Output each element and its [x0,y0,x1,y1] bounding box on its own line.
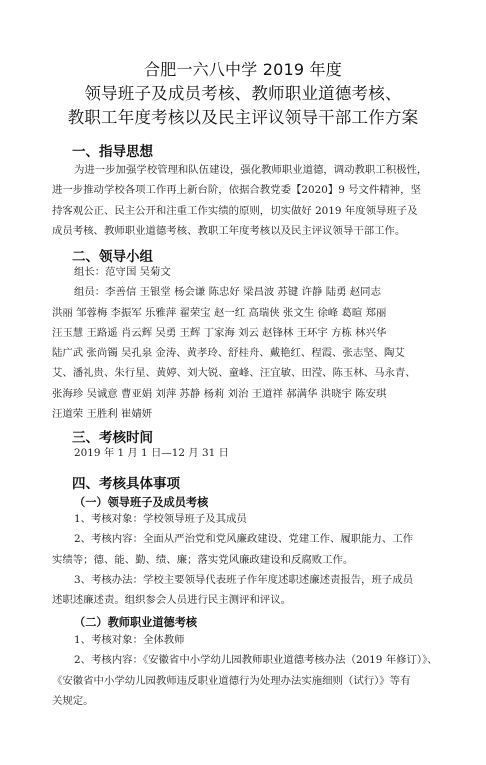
section-1-line-1: 为进一步加强学校管理和队伍建设，强化教师职业道德，调动教职工积极性， [74,160,427,180]
title-line-1: 合肥一六八中学 2019 年度 [0,58,486,82]
sub1-item-2-line-2: 实绩等；德、能、勤、绩、廉；落实党风廉政建设和反腐败工作。 [52,550,353,570]
title-line-3: 教职工年度考核以及民主评议领导干部工作方案 [0,106,486,130]
members-line-1: 组员：李善信 王银堂 杨会谦 陈忠好 梁昌波 苏键 许静 陆勇 赵同志 [74,282,381,302]
assessment-period: 2019 年 1 月 1 日—12 月 31 日 [74,443,229,463]
section-4-heading: 四、考核具体事项 [72,472,180,492]
sub1-item-2-cont: 实绩等；德、能、勤、绩、廉；落实党风廉政建设和反腐败工作。 [52,550,353,570]
section-1-line-2: 进一步推动学校各项工作再上新台阶，依据合教党委【2020】9 号文件精神，坚 [52,180,421,200]
section-1-line-3: 持客观公正、民主公开和注重工作实绩的原则，切实做好 2019 年度领导班子及 [52,201,421,221]
members-line-7: 汪道荣 王胜利 崔婧妍 [52,404,416,424]
document-page: 合肥一六八中学 2019 年度 领导班子及成员考核、教师职业道德考核、 教职工年… [0,0,486,765]
sub1-item-3-cont: 述职述廉述责。组织参会人员进行民主测评和评议。 [52,590,291,610]
sub1-item-3: 3、考核办法：学校主要领导代表班子作年度述职述廉述责报告，班子成员 [74,570,413,590]
members-line-5: 艾、潘礼贵、朱行星、黄婷、刘大锐、童峰、汪宜敏、田滢、陈玉林、马永青、 [52,363,416,383]
document-title: 合肥一六八中学 2019 年度 领导班子及成员考核、教师职业道德考核、 教职工年… [0,58,486,130]
title-line-2: 领导班子及成员考核、教师职业道德考核、 [0,82,486,106]
group-leaders: 组长：范守国 吴菊文 [74,262,381,282]
section-1-line-4: 成员考核、教师职业道德考核、教职工年度考核以及民主评议领导干部工作。 [52,221,421,241]
section-1-body-cont: 进一步推动学校各项工作再上新台阶，依据合教党委【2020】9 号文件精神，坚 持… [52,180,421,241]
members-line-4: 陆广武 张尚镯 吴孔泉 金涛、黄孝玲、舒桂舟、戴艳红、程霞、张志坚、陶艾 [52,343,416,363]
sub1-item-1: 1、考核对象：学校领导班子及其成员 [74,509,413,529]
members-line-3: 汪玉慧 王路遥 肖云辉 吴勇 王辉 丁家海 刘云 赵锋林 王环宇 方栋 林兴华 [52,323,416,343]
sub2-item-2-line-1: 2、考核内容：《安徽省中小学幼儿园教师职业道德考核办法（2019 年修订）》、 [74,650,438,670]
sub1-item-2-line-1: 2、考核内容：全面从严治党和党风廉政建设、党建工作、履职能力、工作 [74,529,413,549]
period-text: 2019 年 1 月 1 日—12 月 31 日 [74,443,229,463]
sub2-items: 1、考核对象：全体教师 2、考核内容：《安徽省中小学幼儿园教师职业道德考核办法（… [74,630,438,671]
members-line-2: 洪丽 邹蓉梅 李振军 乐雅萍 翟荣宝 赵一红 高瑞侠 张文生 徐峰 葛暄 郑丽 [52,303,416,323]
section-1-body: 为进一步加强学校管理和队伍建设，强化教师职业道德，调动教职工积极性， [74,160,427,180]
subsection-1-heading: （一）领导班子及成员考核 [74,494,208,510]
sub2-item-2-line-3: 关规定。 [52,691,410,711]
section-1-heading: 一、指导思想 [72,140,153,160]
sub2-item-1: 1、考核对象：全体教师 [74,630,438,650]
subsection-2-heading: （二）教师职业道德考核 [74,614,197,630]
sub1-items: 1、考核对象：学校领导班子及其成员 2、考核内容：全面从严治党和党风廉政建设、党… [74,509,413,550]
leader-group: 组长：范守国 吴菊文 组员：李善信 王银堂 杨会谦 陈忠好 梁昌波 苏键 许静 … [74,262,381,303]
sub1-item-3-line-1: 3、考核办法：学校主要领导代表班子作年度述职述廉述责报告，班子成员 [74,570,413,590]
sub2-item-2-line-2: 《安徽省中小学幼儿园教师违反职业道德行为处理办法实施细则（试行）》等有 [52,671,410,691]
sub2-item-2-cont: 《安徽省中小学幼儿园教师违反职业道德行为处理办法实施细则（试行）》等有 关规定。 [52,671,410,712]
members-line-6: 张海珍 吴诚意 曹亚娟 刘萍 苏静 杨莉 刘治 王道祥 郝满华 洪晓宇 陈安琪 [52,384,416,404]
sub1-item-3-line-2: 述职述廉述责。组织参会人员进行民主测评和评议。 [52,590,291,610]
members-list: 洪丽 邹蓉梅 李振军 乐雅萍 翟荣宝 赵一红 高瑞侠 张文生 徐峰 葛暄 郑丽 … [52,303,416,425]
